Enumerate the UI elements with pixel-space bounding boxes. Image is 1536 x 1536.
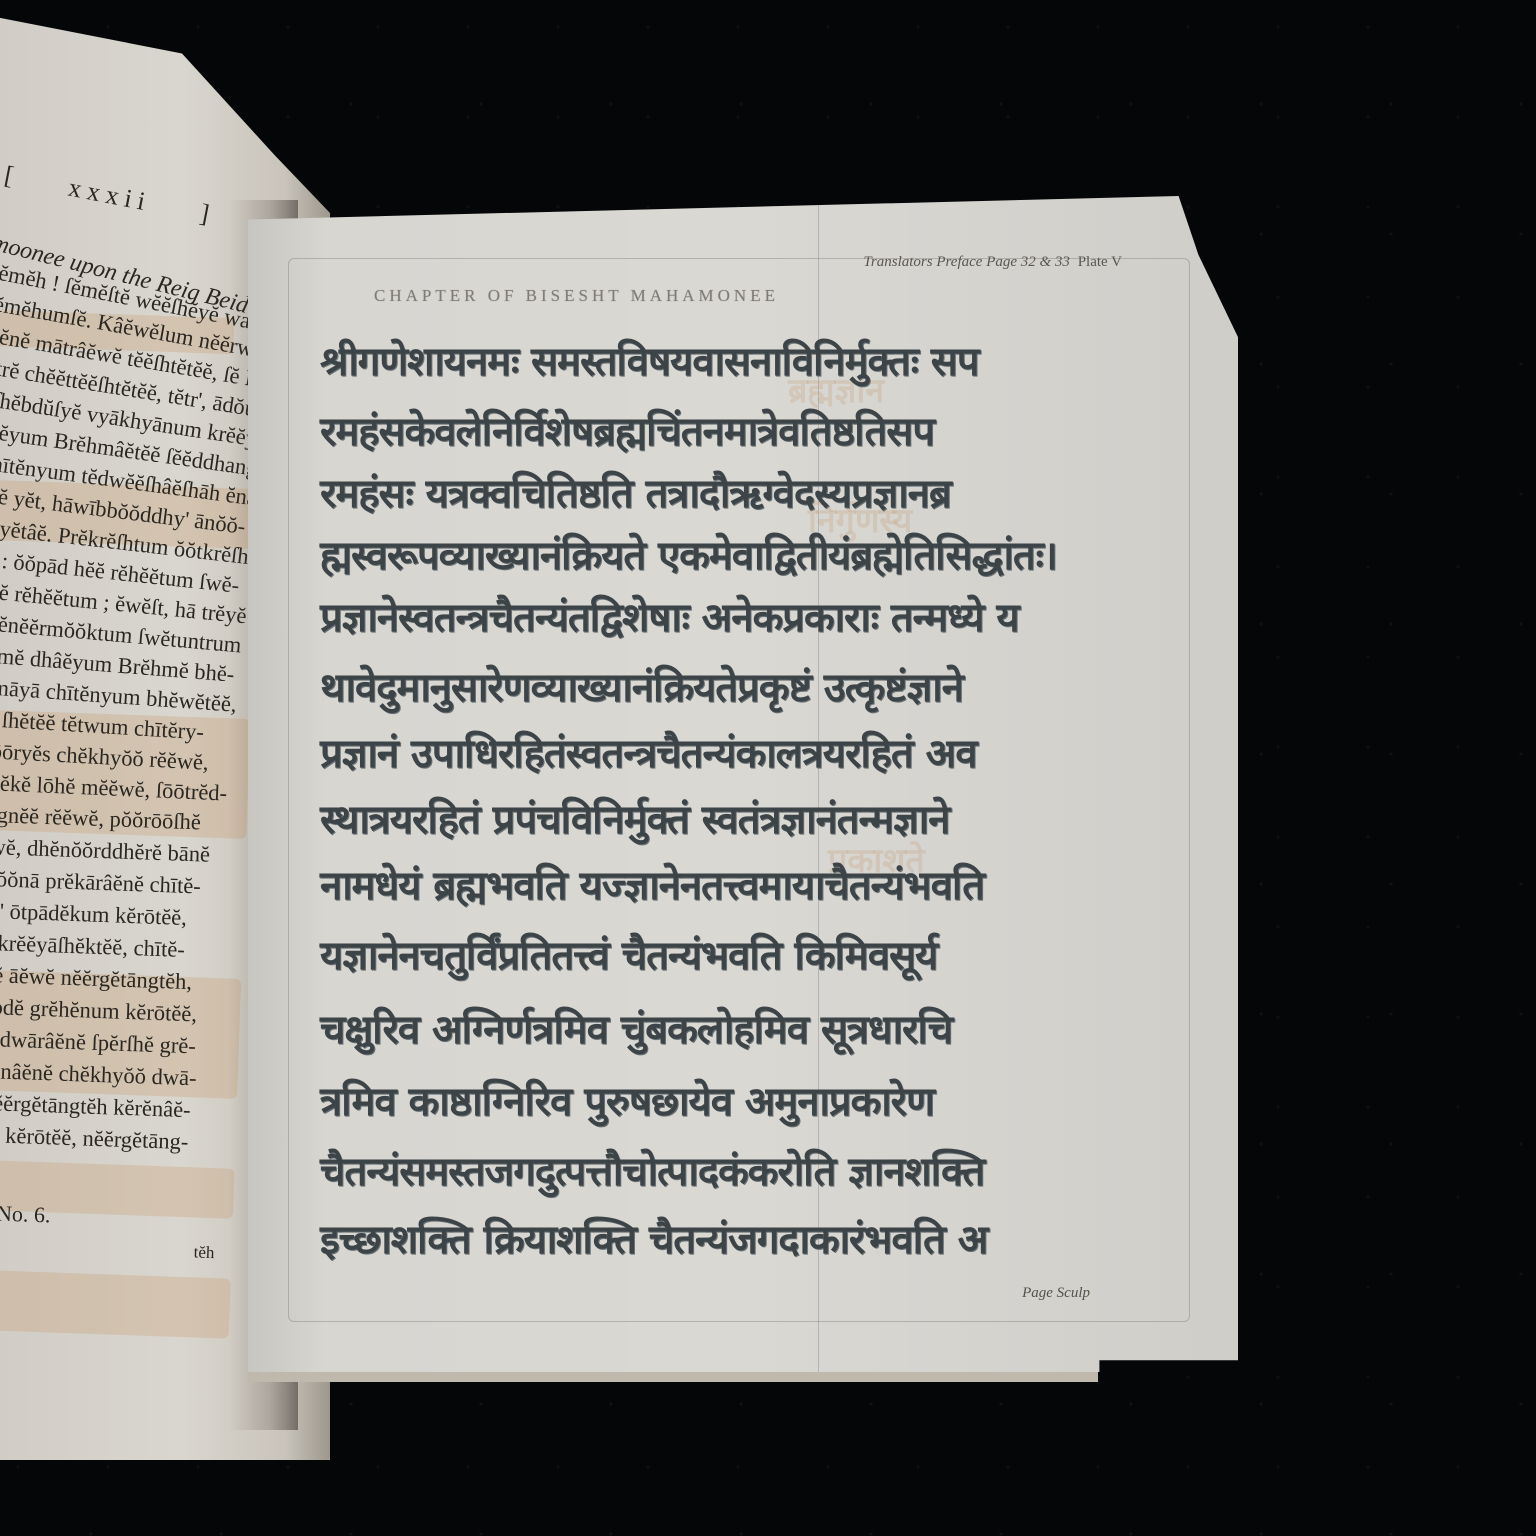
lower-page-edge [248,1372,1098,1382]
devanagari-line: स्थात्रयरहितं प्रपंचविनिर्मुक्तं स्वतंत्… [320,790,949,845]
devanagari-line: चैतन्यंसमस्तजगदुत्पत्तौचोत्पादकंकरोति ज्… [320,1142,984,1197]
devanagari-line: त्रमिव काष्ठाग्निरिव पुरुषछायेव अमुनाप्र… [320,1072,934,1127]
plate-page: ब्रह्मज्ञान निर्गुणस्य प्रकाशते Translat… [248,196,1238,1372]
plate-label: Plate V [1078,254,1122,270]
devanagari-line: रमहंसकेवलेनिर्विशेषब्रह्मचिंतनमात्रेवतिष… [320,402,934,457]
plate-reference: Translators Preface Page 32 & 33 Plate V [863,254,1122,271]
catchword: tĕh [193,1242,214,1263]
devanagari-line: रमहंसः यत्रक्वचितिष्ठति तत्रादौऋग्वेदस्य… [320,464,951,519]
devanagari-line: नामधेयं ब्रह्मभवति यज्ज्ञानेनतत्त्वमायाच… [320,856,984,911]
plate-title: CHAPTER OF BISESHT MAHAMONEE [374,286,779,306]
footnote: and No. 6. [0,1199,51,1228]
devanagari-line: प्रज्ञानं उपाधिरहितंस्वतन्त्रचैतन्यंकालत… [320,724,976,779]
plate-reference-text: Translators Preface Page 32 & 33 [863,254,1070,270]
devanagari-line: इच्छाशक्ति क्रियाशक्ति चैतन्यंजगदाकारंभव… [320,1210,987,1265]
engraver-signature: Page Sculp [1022,1285,1090,1302]
devanagari-line: प्रज्ञानेस्वतन्त्रचैतन्यंतद्विशेषाः अनेक… [320,588,1019,643]
bracket-close: ] [198,198,218,229]
devanagari-line: श्रीगणेशायनमः समस्तविषयवासनाविनिर्मुक्तः… [320,332,979,387]
foxing-stain [0,1269,231,1338]
devanagari-line: चक्षुरिव अग्निर्णत्रमिव चुंबकलोहमिव सूत्… [320,1000,952,1055]
devanagari-line: थावेदुमानुसारेणव्याख्यानंक्रियतेप्रकृष्ट… [320,658,963,713]
devanagari-line: यज्ञानेनचतुर्विंप्रतितत्त्वं चैतन्यंभवति… [320,926,937,981]
devanagari-line: ह्मस्वरूपव्याख्यानंक्रियते एकमेवाद्वितीय… [320,526,1057,581]
